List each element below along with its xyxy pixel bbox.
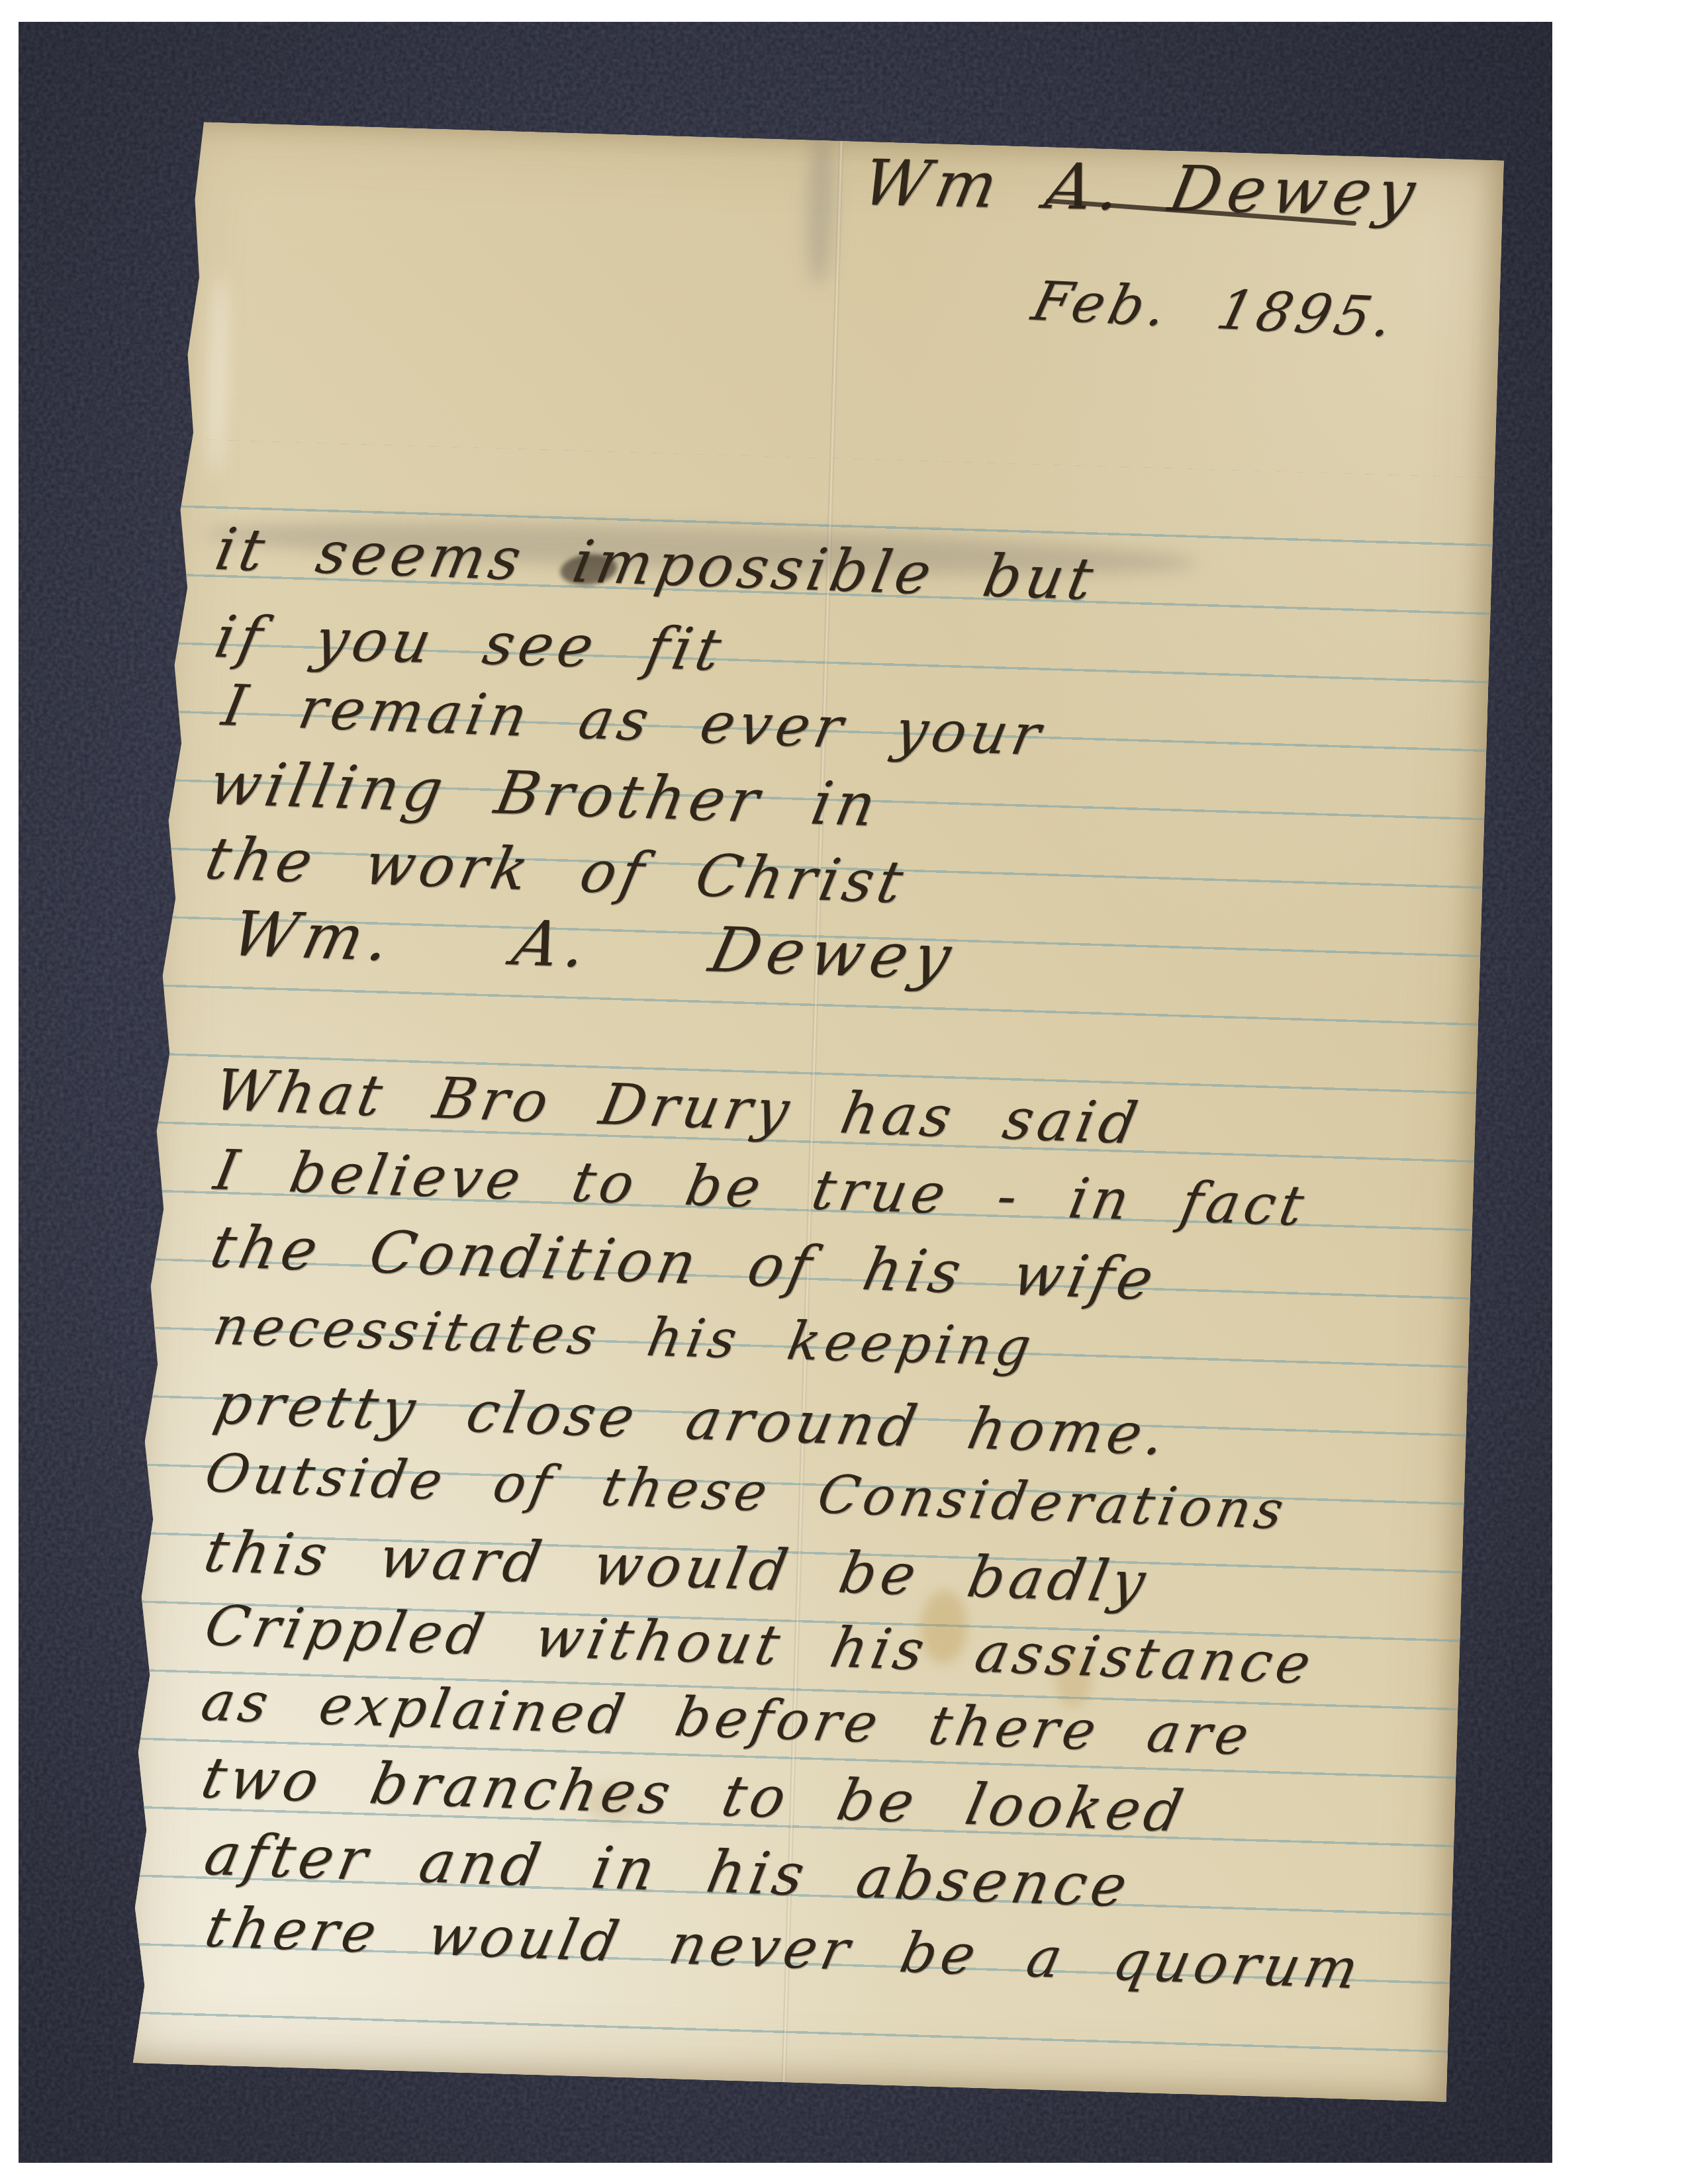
album-backing-cloth: Wm A. Dewey Feb. 1895. it seems impossib… [19,22,1552,2163]
scan-page: Wm A. Dewey Feb. 1895. it seems impossib… [0,0,1688,2184]
top-crease-smudge [805,133,836,286]
header-name: Wm A. Dewey [858,151,1427,225]
header-date: Feb. 1895. [1027,275,1403,345]
closing-line: if you see fit [211,608,730,680]
letter-paper: Wm A. Dewey Feb. 1895. it seems impossib… [120,121,1504,2102]
